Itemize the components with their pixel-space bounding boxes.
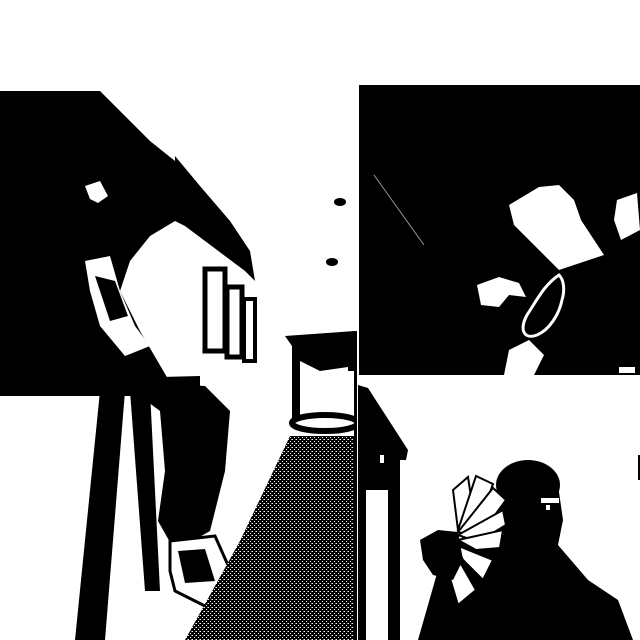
photo-panel-dark-portrait: [359, 85, 640, 375]
dark-portrait-illustration: [359, 85, 640, 375]
photo-panel-cash-fan: [358, 380, 640, 640]
photo-panel-hallway-stool: [0, 91, 357, 640]
hallway-stool-illustration: [0, 91, 357, 640]
cash-fan-illustration: [358, 380, 640, 640]
